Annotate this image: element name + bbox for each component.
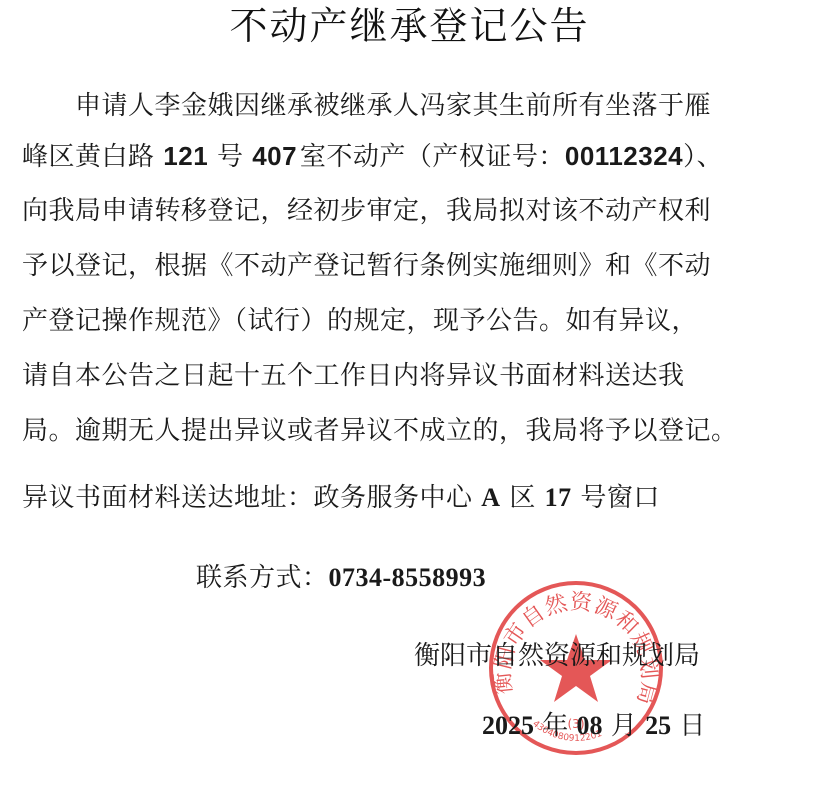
road-suffix: 号 [217,142,244,172]
certificate-label: 室不动产（产权证号： [300,142,565,172]
objection-address: 异议书面材料送达地址：政务服务中心 A 区 17 号窗口 [22,482,660,514]
room-number: 407 [252,141,297,171]
body-line-1: 申请人李金娥因继承被继承人冯家其生前所有坐落于雁 [22,90,711,122]
date-month-suffix: 月 [611,711,637,741]
date-day-suffix: 日 [679,711,705,741]
date-day: 25 [645,711,671,740]
certificate-number: 00112324 [565,141,683,171]
zone-suffix: 区 [509,483,536,513]
address-text: 峰区黄白路 [22,142,155,172]
document-title: 不动产继承登记公告 [0,4,819,48]
date-year-suffix: 年 [542,711,568,741]
objection-address-label: 异议书面材料送达地址： [22,483,314,513]
contact-label: 联系方式： [196,563,329,593]
window-number: 17 [545,483,572,512]
window-suffix: 号窗口 [580,483,660,513]
body-line-6: 请自本公告之日起十五个工作日内将异议书面材料送达我 [22,360,685,392]
date-year: 2025 [482,711,534,740]
date-month: 08 [577,711,603,740]
issue-date: 2025 年 08 月 25 日 [482,710,705,742]
zone-letter: A [481,483,500,512]
road-number: 121 [163,141,208,171]
contact-info: 联系方式：0734-8558993 [196,562,486,594]
objection-address-prefix: 政务服务中心 [314,483,473,513]
body-line-3: 向我局申请转移登记，经初步审定，我局拟对该不动产权利 [22,195,711,227]
certificate-close: ）、 [683,142,723,172]
body-line-2: 峰区黄白路 121 号 407 室不动产（产权证号：00112324）、 [22,140,723,173]
issuer-name: 衡阳市自然资源和规划局 [414,640,700,672]
body-line-4: 予以登记，根据《不动产登记暂行条例实施细则》和《不动 [22,250,711,282]
contact-phone: 0734-8558993 [329,563,487,592]
body-line-7: 局。逾期无人提出异议或者异议不成立的，我局将予以登记。 [22,415,738,447]
body-line-5: 产登记操作规范》（试行）的规定，现予公告。如有异议， [22,305,698,337]
